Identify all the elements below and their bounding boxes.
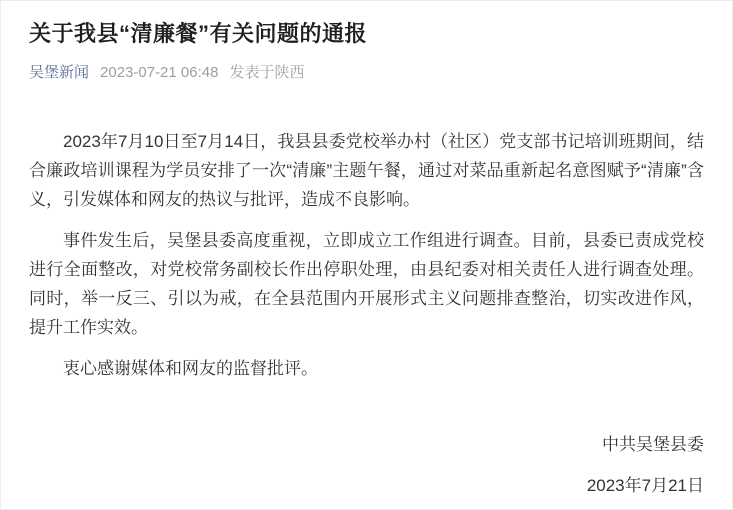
body-paragraph: 事件发生后，吴堡县委高度重视，立即成立工作组进行调查。目前，县委已责成党校进行全… <box>29 226 704 342</box>
signature-date: 2023年7月21日 <box>29 471 704 500</box>
body-paragraph: 衷心感谢媒体和网友的监督批评。 <box>29 354 704 383</box>
article-body: 2023年7月10日至7月14日，我县县委党校举办村（社区）党支部书记培训班期间… <box>29 127 704 383</box>
publish-timestamp: 2023-07-21 06:48 <box>100 64 218 81</box>
signature-block: 中共吴堡县委 2023年7月21日 <box>29 430 704 500</box>
byline: 吴堡新闻2023-07-21 06:48发表于陕西 <box>29 62 704 83</box>
body-paragraph: 2023年7月10日至7月14日，我县县委党校举办村（社区）党支部书记培训班期间… <box>29 127 704 214</box>
article-page: 关于我县“清廉餐”有关问题的通报 吴堡新闻2023-07-21 06:48发表于… <box>0 0 733 510</box>
page-title: 关于我县“清廉餐”有关问题的通报 <box>29 19 704 49</box>
signature-author: 中共吴堡县委 <box>29 430 704 459</box>
account-name-link[interactable]: 吴堡新闻 <box>29 64 89 81</box>
publish-location: 发表于陕西 <box>229 64 304 81</box>
